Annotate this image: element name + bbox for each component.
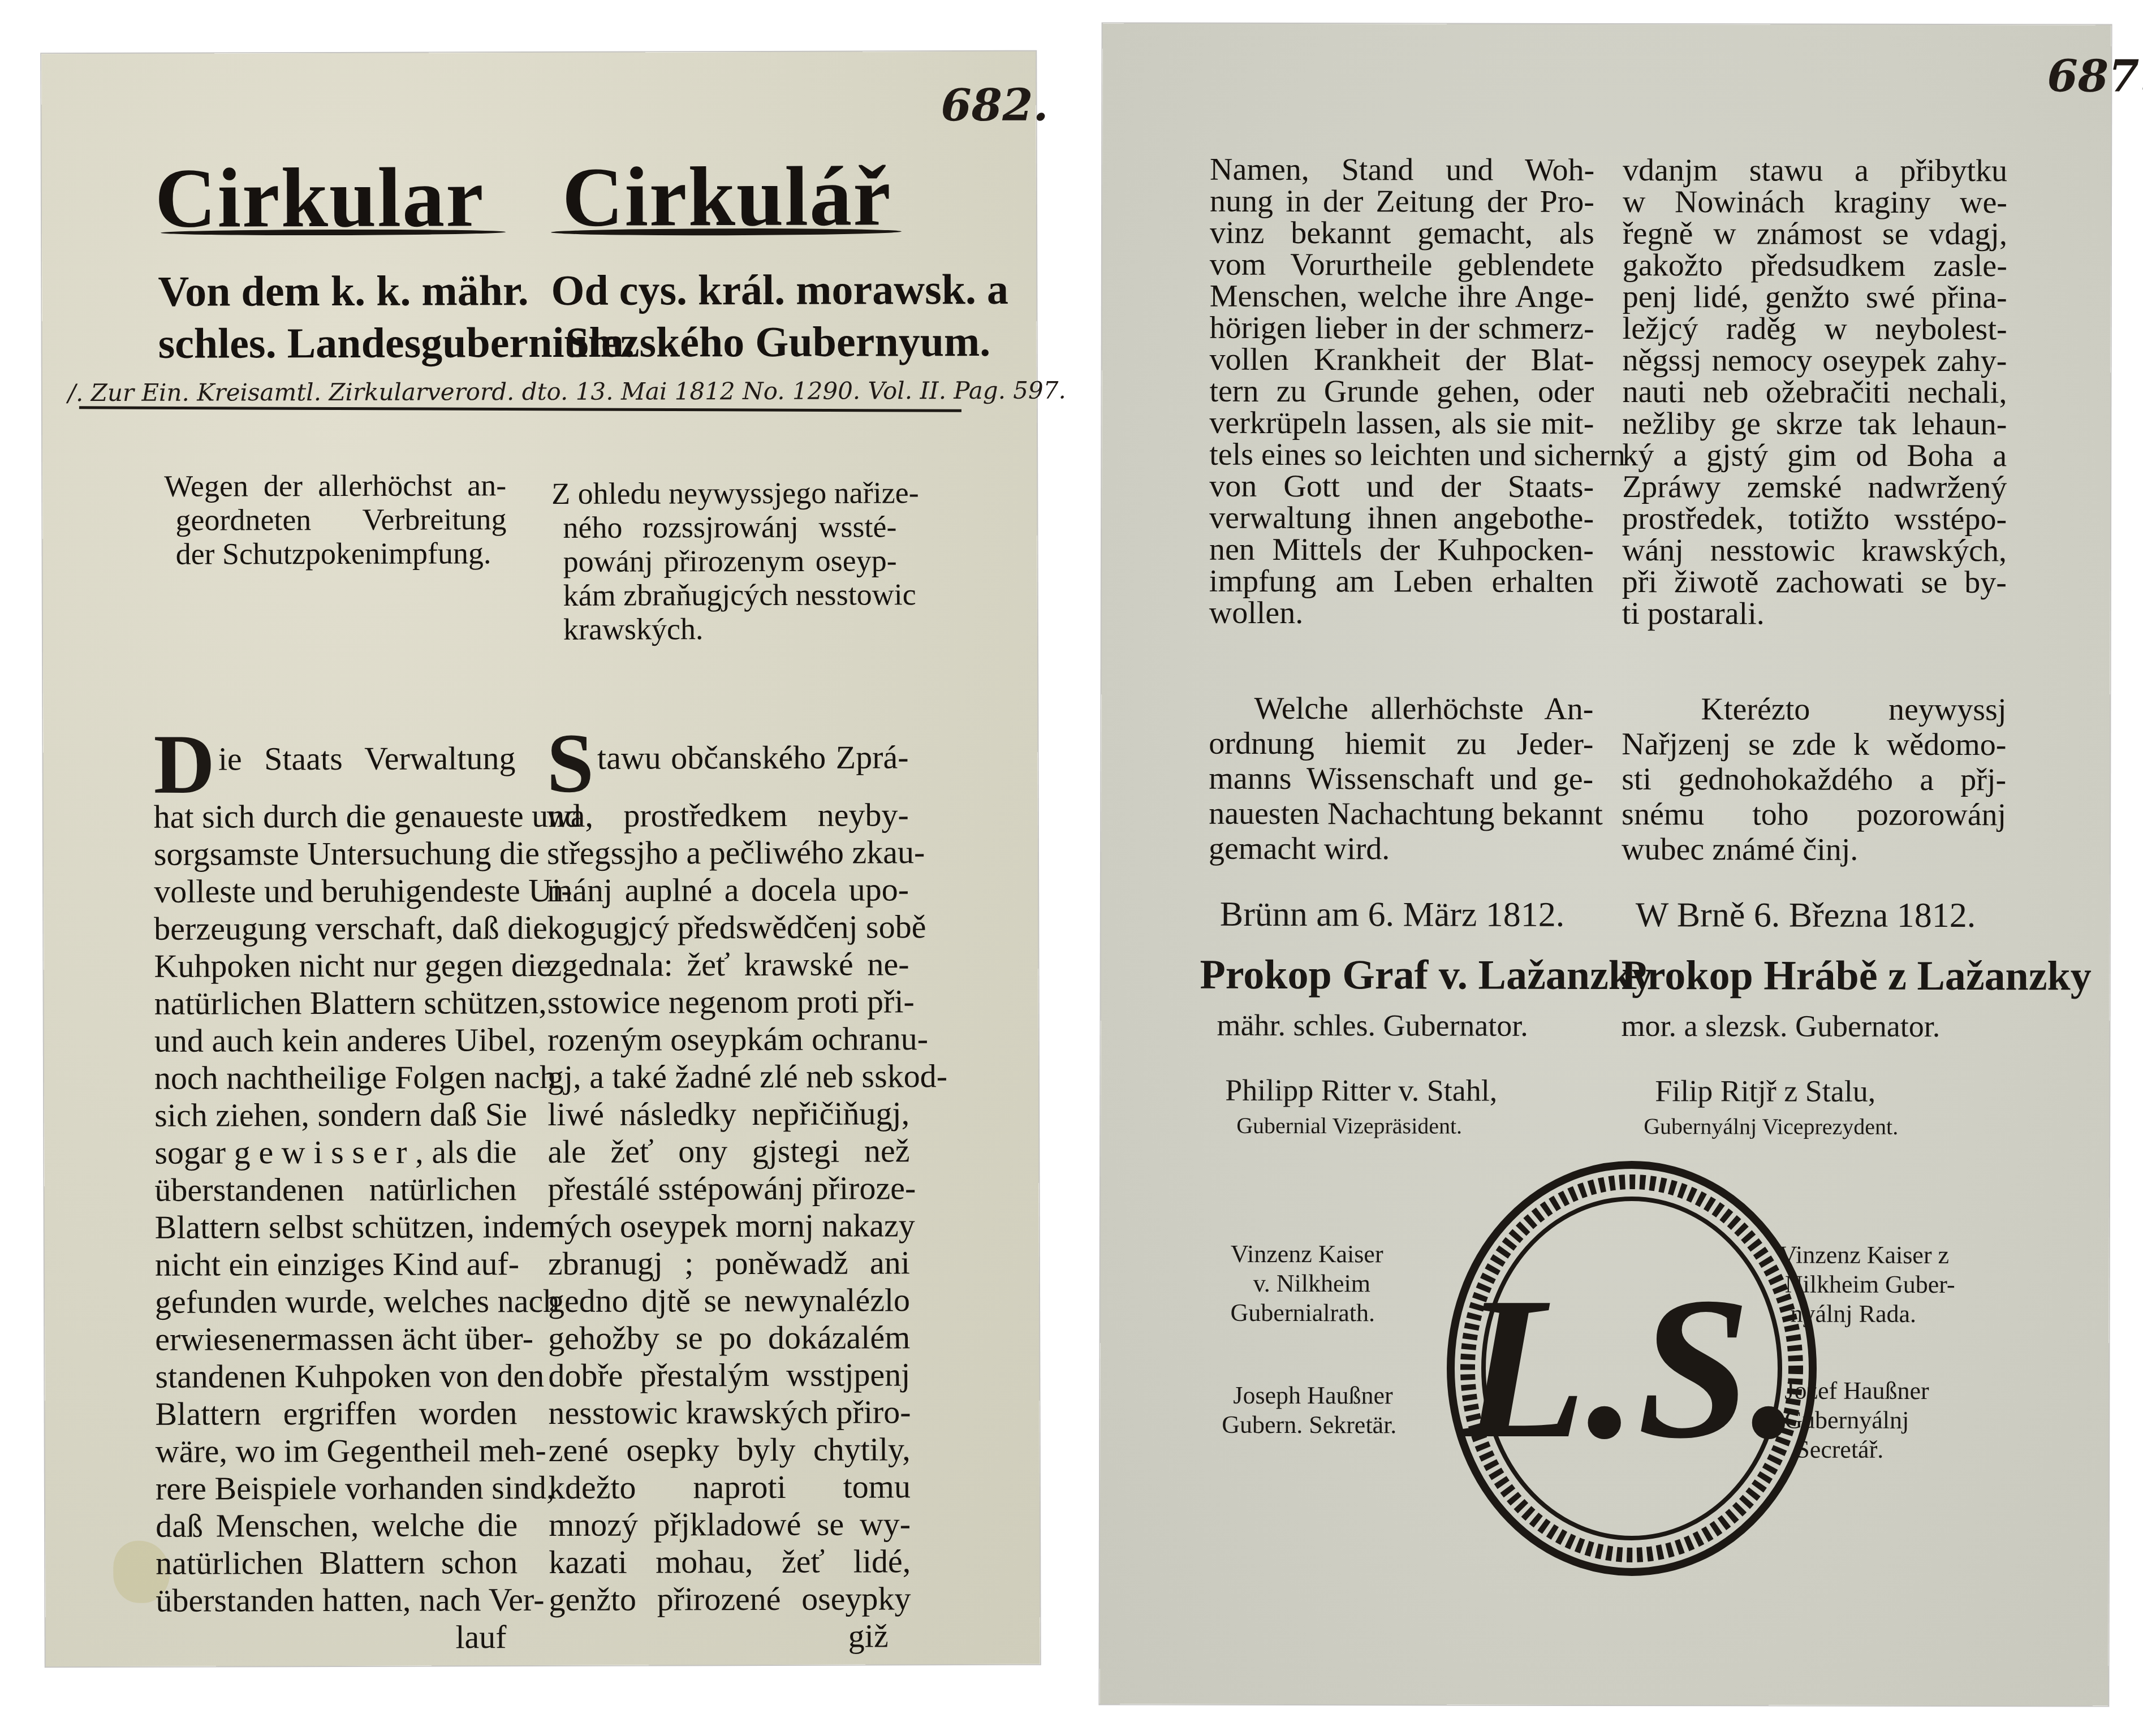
summary-german: Wegen der allerhöchst an- geordneten Ver…: [164, 468, 506, 571]
catchword-czech: giž: [549, 1617, 911, 1656]
closing-czech: Kterézto neywyssj Nařjzenj se zde k wědo…: [1622, 692, 2007, 867]
handwritten-note: /. Zur Ein. Kreisamtl. Zirkularverord. d…: [68, 377, 1066, 407]
vice-german-title: Gubernial Vizepräsident.: [1236, 1112, 1462, 1139]
governor-czech-title: mor. a slezsk. Gubernator.: [1621, 1008, 1940, 1044]
date-czech: W Brně 6. Března 1812.: [1636, 895, 1976, 936]
drop-cap-czech: S: [546, 729, 594, 797]
summary-czech: Z ohledu neywyssjego nařize- ného rozssj…: [551, 476, 897, 646]
date-german: Brünn am 6. März 1812.: [1220, 895, 1565, 935]
catchword-german: lauf: [156, 1618, 518, 1657]
vice-german-name: Philipp Ritter v. Stahl,: [1225, 1073, 1497, 1108]
issuer-german-line-1: Von dem k. k. mähr.: [158, 266, 529, 317]
governor-czech-name: Prokop Hrábě z Lažanzky: [1622, 952, 2092, 1000]
left-page: 682. Cirkular Cirkulář Von dem k. k. mäh…: [41, 51, 1040, 1667]
body-czech: S tawu občanského Zprá- wa, prostředkem …: [546, 739, 911, 1656]
issuer-czech-line-2: Slezského Gubernyum.: [565, 317, 990, 368]
page-number: 682.: [941, 80, 1048, 131]
german-continuation: Namen, Stand und Woh- nung in der Zeitun…: [1209, 154, 1594, 629]
closing-german: Welche allerhöchste An- ordnung hiemit z…: [1209, 691, 1594, 867]
drop-cap-german: D: [153, 731, 215, 798]
czech-continuation: vdanjm stawu a přibytku w Nowinách kragi…: [1622, 154, 2007, 630]
handwritten-underline: [79, 406, 961, 412]
issuer-czech-line-1: Od cys. král. morawsk. a: [551, 265, 1008, 316]
councillor-german: Vinzenz Kaiser v. Nilkheim Gubernialrath…: [1231, 1240, 1383, 1328]
issuer-german-line-2: schles. Landesgubernium.: [158, 318, 635, 369]
governor-german-title: mähr. schles. Gubernator.: [1217, 1008, 1528, 1043]
seal-monogram: L.S.: [1459, 1255, 1801, 1480]
page-number: 687.: [2047, 50, 2143, 102]
governor-german-name: Prokop Graf v. Lažanzky: [1200, 951, 1653, 1000]
vice-czech-name: Filip Ritjř z Stalu,: [1655, 1073, 1875, 1109]
seal-icon: L.S.: [1439, 1154, 1824, 1583]
body-german: D ie Staats Verwaltung hat sich durch di…: [153, 740, 518, 1657]
secretary-german: Joseph Haußner Gubern. Sekretär.: [1222, 1381, 1396, 1440]
vice-czech-title: Gubernyálnj Viceprezydent.: [1644, 1113, 1898, 1140]
